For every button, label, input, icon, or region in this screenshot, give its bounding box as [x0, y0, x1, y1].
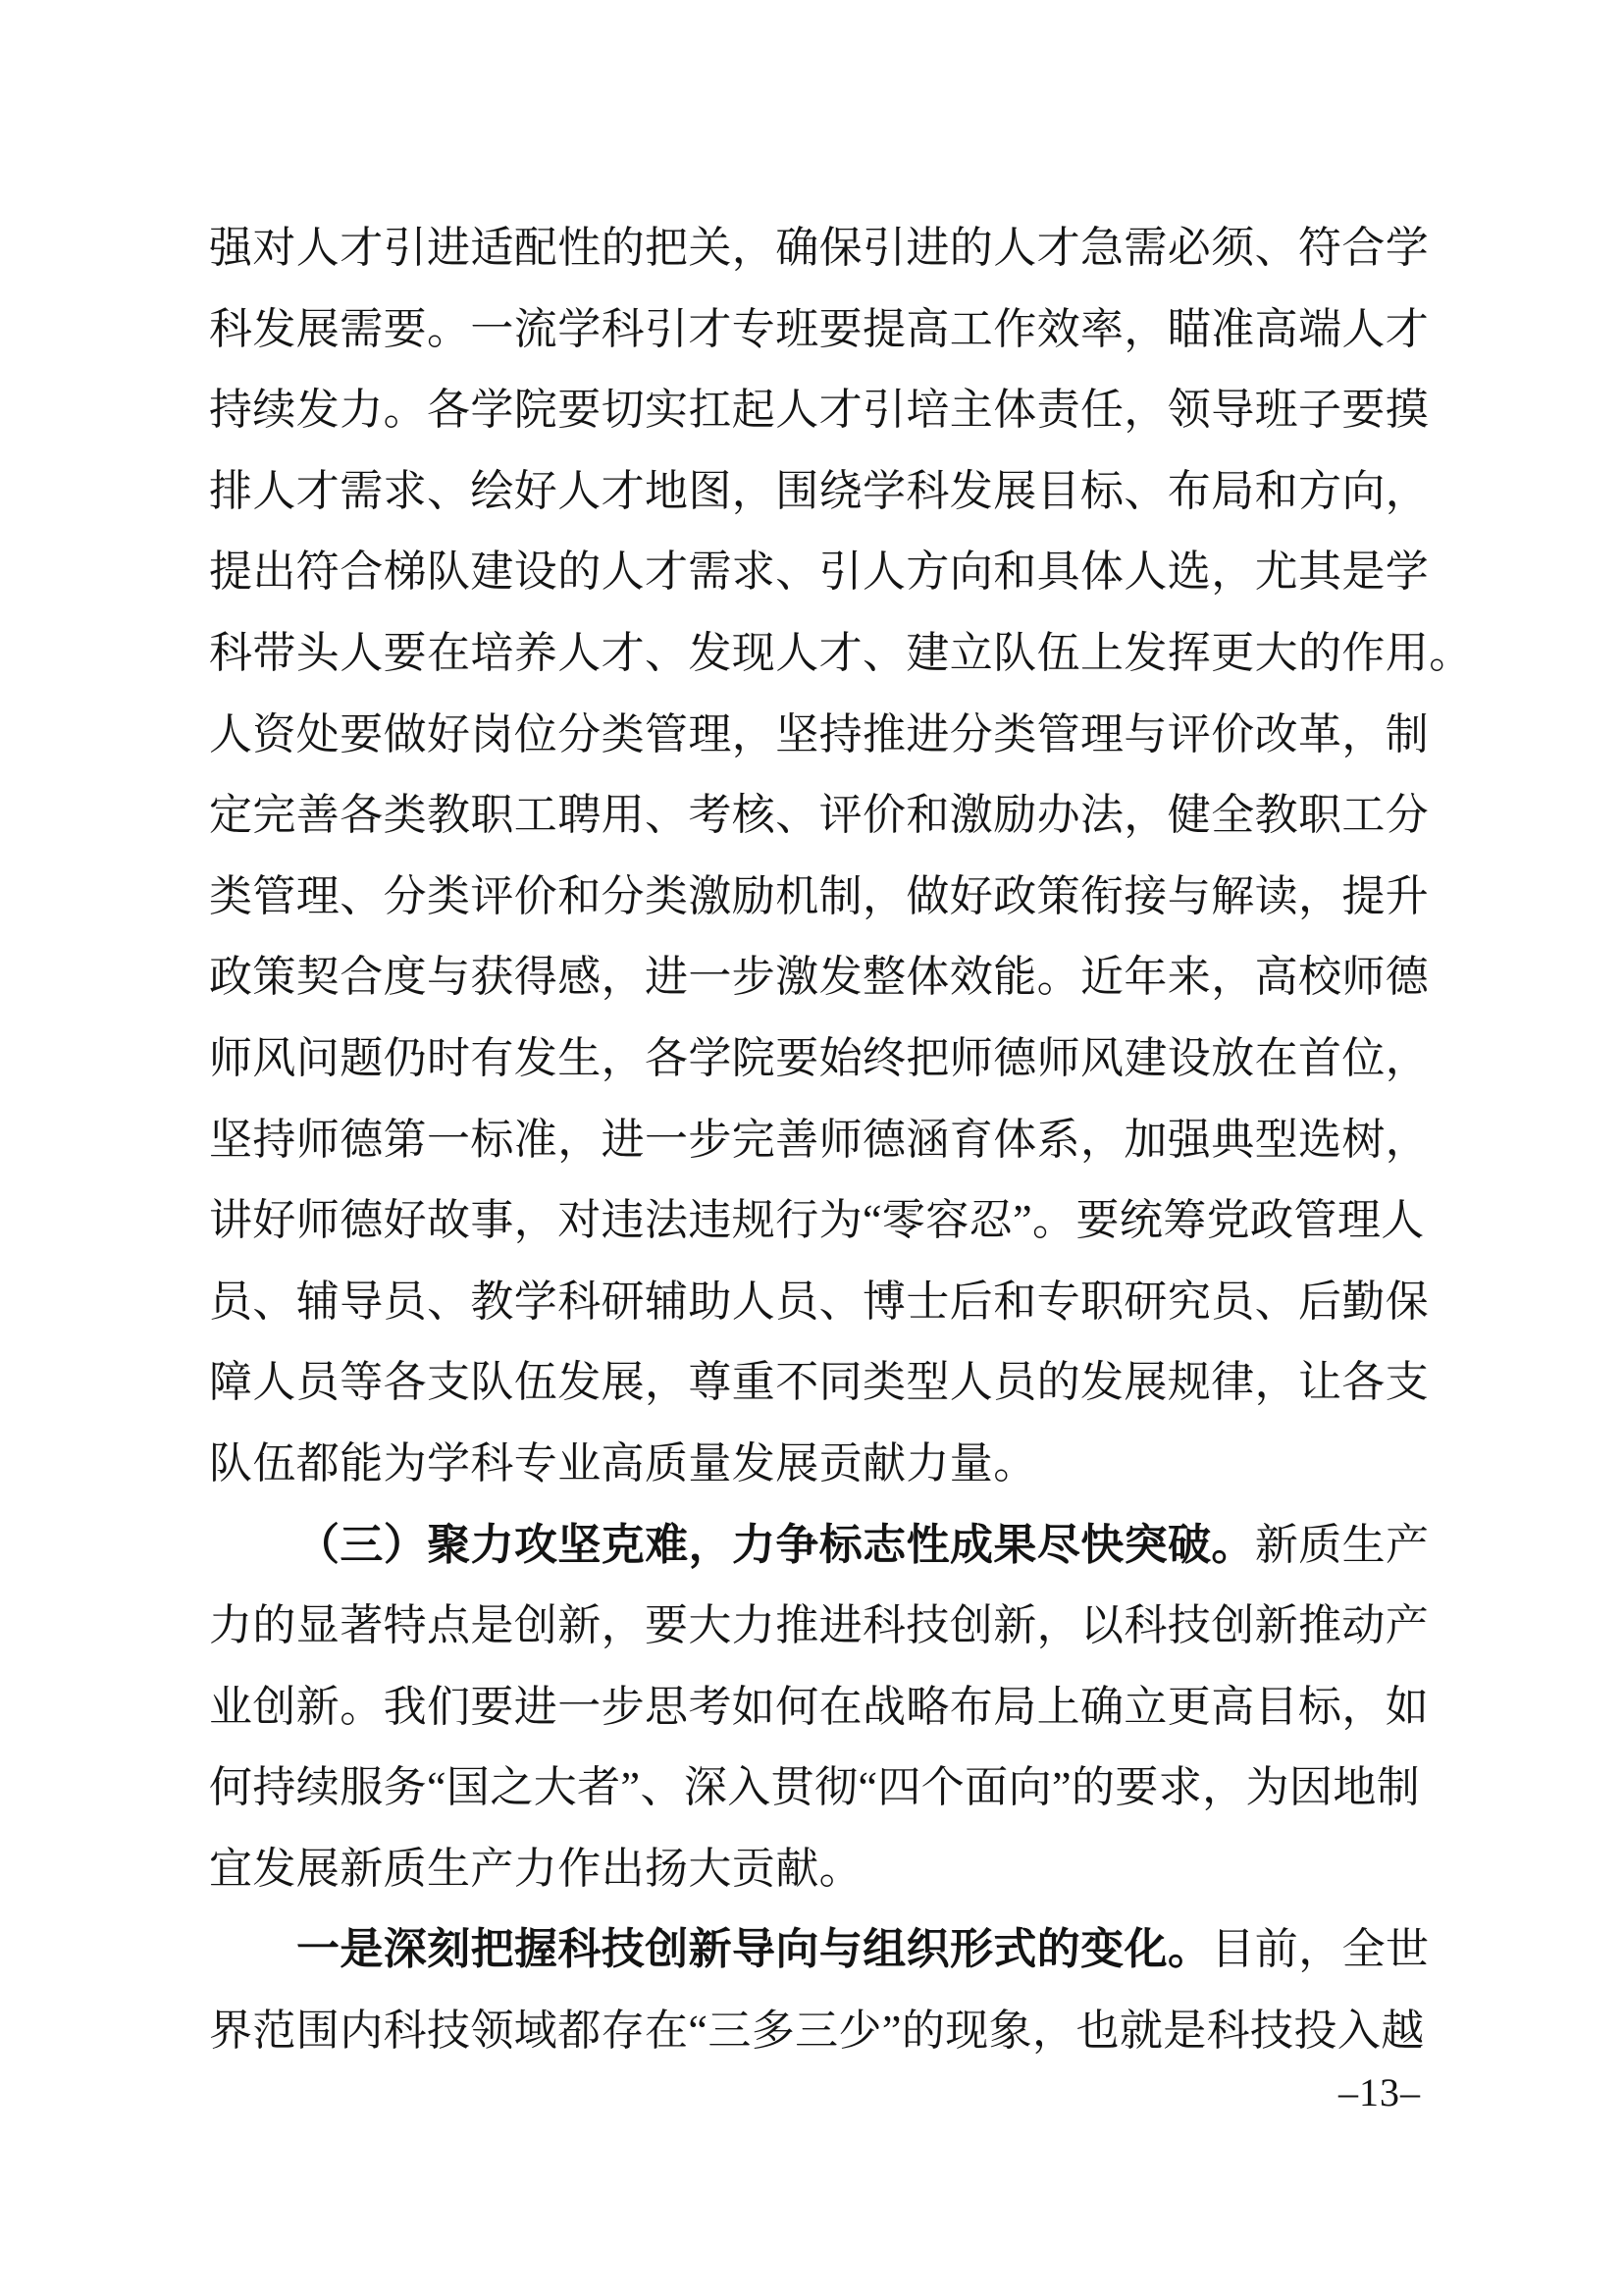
text-line: 科发展需要。一流学科引才专班要提高工作效率，瞄准高端人才	[209, 289, 1473, 371]
body-text-run: 宜发展新质生产力作出扬大贡献。	[209, 1845, 863, 1893]
body-text-run: 定完善各类教职工聘用、考核、评价和激励办法，健全教职工分	[209, 791, 1429, 839]
body-text-run: 科带头人要在培养人才、发现人才、建立队伍上发挥更大的作用。	[209, 629, 1473, 677]
body-text-run: 政策契合度与获得感，进一步激发整体效能。近年来，高校师德	[209, 953, 1429, 1001]
document-page: 强对人才引进适配性的把关，确保引进的人才急需必须、符合学科发展需要。一流学科引才…	[0, 0, 1624, 2296]
body-text-run: 队伍都能为学科专业高质量发展贡献力量。	[209, 1439, 1037, 1487]
body-text-run: 持续发力。各学院要切实扛起人才引培主体责任，领导班子要摸	[209, 386, 1429, 434]
body-text-run: 排人才需求、绘好人才地图，围绕学科发展目标、布局和方向，	[209, 467, 1429, 515]
text-line: 讲好师德好故事，对违法违规行为“零容忍”。要统筹党政管理人	[209, 1180, 1473, 1262]
body-text-run: 员、辅导员、教学科研辅助人员、博士后和专职研究员、后勤保	[209, 1278, 1429, 1326]
body-text-run: 类管理、分类评价和分类激励机制，做好政策衔接与解读，提升	[209, 872, 1429, 920]
text-line: 员、辅导员、教学科研辅助人员、博士后和专职研究员、后勤保	[209, 1262, 1473, 1343]
text-line: 强对人才引进适配性的把关，确保引进的人才急需必须、符合学	[209, 208, 1473, 289]
text-line: 提出符合梯队建设的人才需求、引人方向和具体人选，尤其是学	[209, 532, 1473, 613]
text-line: 界范围内科技领域都存在“三多三少”的现象，也就是科技投入越	[209, 1991, 1473, 2072]
text-line: 定完善各类教职工聘用、考核、评价和激励办法，健全教职工分	[209, 775, 1473, 857]
text-line: 力的显著特点是创新，要大力推进科技创新，以科技创新推动产	[209, 1586, 1473, 1667]
text-line: 坚持师德第一标准，进一步完善师德涵育体系，加强典型选树，	[209, 1100, 1473, 1181]
text-line: （三）聚力攻坚克难，力争标志性成果尽快突破。新质生产	[209, 1505, 1473, 1587]
text-line: 队伍都能为学科专业高质量发展贡献力量。	[209, 1424, 1473, 1505]
text-line: 持续发力。各学院要切实扛起人才引培主体责任，领导班子要摸	[209, 370, 1473, 451]
body-text-run: 何持续服务“国之大者”、深入贯彻“四个面向”的要求，为因地制	[209, 1763, 1420, 1811]
text-line: 政策契合度与获得感，进一步激发整体效能。近年来，高校师德	[209, 937, 1473, 1018]
page-number: –13–	[1338, 2070, 1421, 2115]
text-block: 强对人才引进适配性的把关，确保引进的人才急需必须、符合学科发展需要。一流学科引才…	[209, 208, 1473, 2072]
body-text-run: 界范围内科技领域都存在“三多三少”的现象，也就是科技投入越	[209, 2007, 1425, 2055]
body-text-run: 提出符合梯队建设的人才需求、引人方向和具体人选，尤其是学	[209, 548, 1429, 596]
body-text-run: 业创新。我们要进一步思考如何在战略布局上确立更高目标，如	[209, 1683, 1429, 1731]
body-text-run: 师风问题仍时有发生，各学院要始终把师德师风建设放在首位，	[209, 1034, 1429, 1082]
text-line: 业创新。我们要进一步思考如何在战略布局上确立更高目标，如	[209, 1667, 1473, 1748]
text-line: 类管理、分类评价和分类激励机制，做好政策衔接与解读，提升	[209, 857, 1473, 938]
text-line: 何持续服务“国之大者”、深入贯彻“四个面向”的要求，为因地制	[209, 1748, 1473, 1829]
text-line: 排人才需求、绘好人才地图，围绕学科发展目标、布局和方向，	[209, 451, 1473, 533]
paragraph-lead-bold: 一是深刻把握科技创新导向与组织形式的变化。	[296, 1925, 1211, 1973]
body-text-run: 新质生产	[1255, 1521, 1430, 1569]
body-text-run: 科发展需要。一流学科引才专班要提高工作效率，瞄准高端人才	[209, 305, 1429, 353]
body-text-run: 坚持师德第一标准，进一步完善师德涵育体系，加强典型选树，	[209, 1116, 1429, 1164]
paragraph-lead-bold: （三）聚力攻坚克难，力争标志性成果尽快突破。	[296, 1521, 1255, 1569]
text-line: 一是深刻把握科技创新导向与组织形式的变化。目前，全世	[209, 1909, 1473, 1991]
body-text-run: 讲好师德好故事，对违法违规行为“零容忍”。要统筹党政管理人	[209, 1196, 1425, 1244]
text-line: 宜发展新质生产力作出扬大贡献。	[209, 1829, 1473, 1910]
body-text-run: 强对人才引进适配性的把关，确保引进的人才急需必须、符合学	[209, 224, 1429, 272]
text-line: 人资处要做好岗位分类管理，坚持推进分类管理与评价改革，制	[209, 695, 1473, 776]
body-text-run: 力的显著特点是创新，要大力推进科技创新，以科技创新推动产	[209, 1601, 1429, 1649]
text-line: 师风问题仍时有发生，各学院要始终把师德师风建设放在首位，	[209, 1018, 1473, 1100]
body-text-run: 障人员等各支队伍发展，尊重不同类型人员的发展规律，让各支	[209, 1358, 1429, 1406]
text-line: 障人员等各支队伍发展，尊重不同类型人员的发展规律，让各支	[209, 1342, 1473, 1424]
body-text-run: 人资处要做好岗位分类管理，坚持推进分类管理与评价改革，制	[209, 710, 1429, 758]
text-line: 科带头人要在培养人才、发现人才、建立队伍上发挥更大的作用。	[209, 613, 1473, 695]
body-text-run: 目前，全世	[1211, 1925, 1429, 1973]
